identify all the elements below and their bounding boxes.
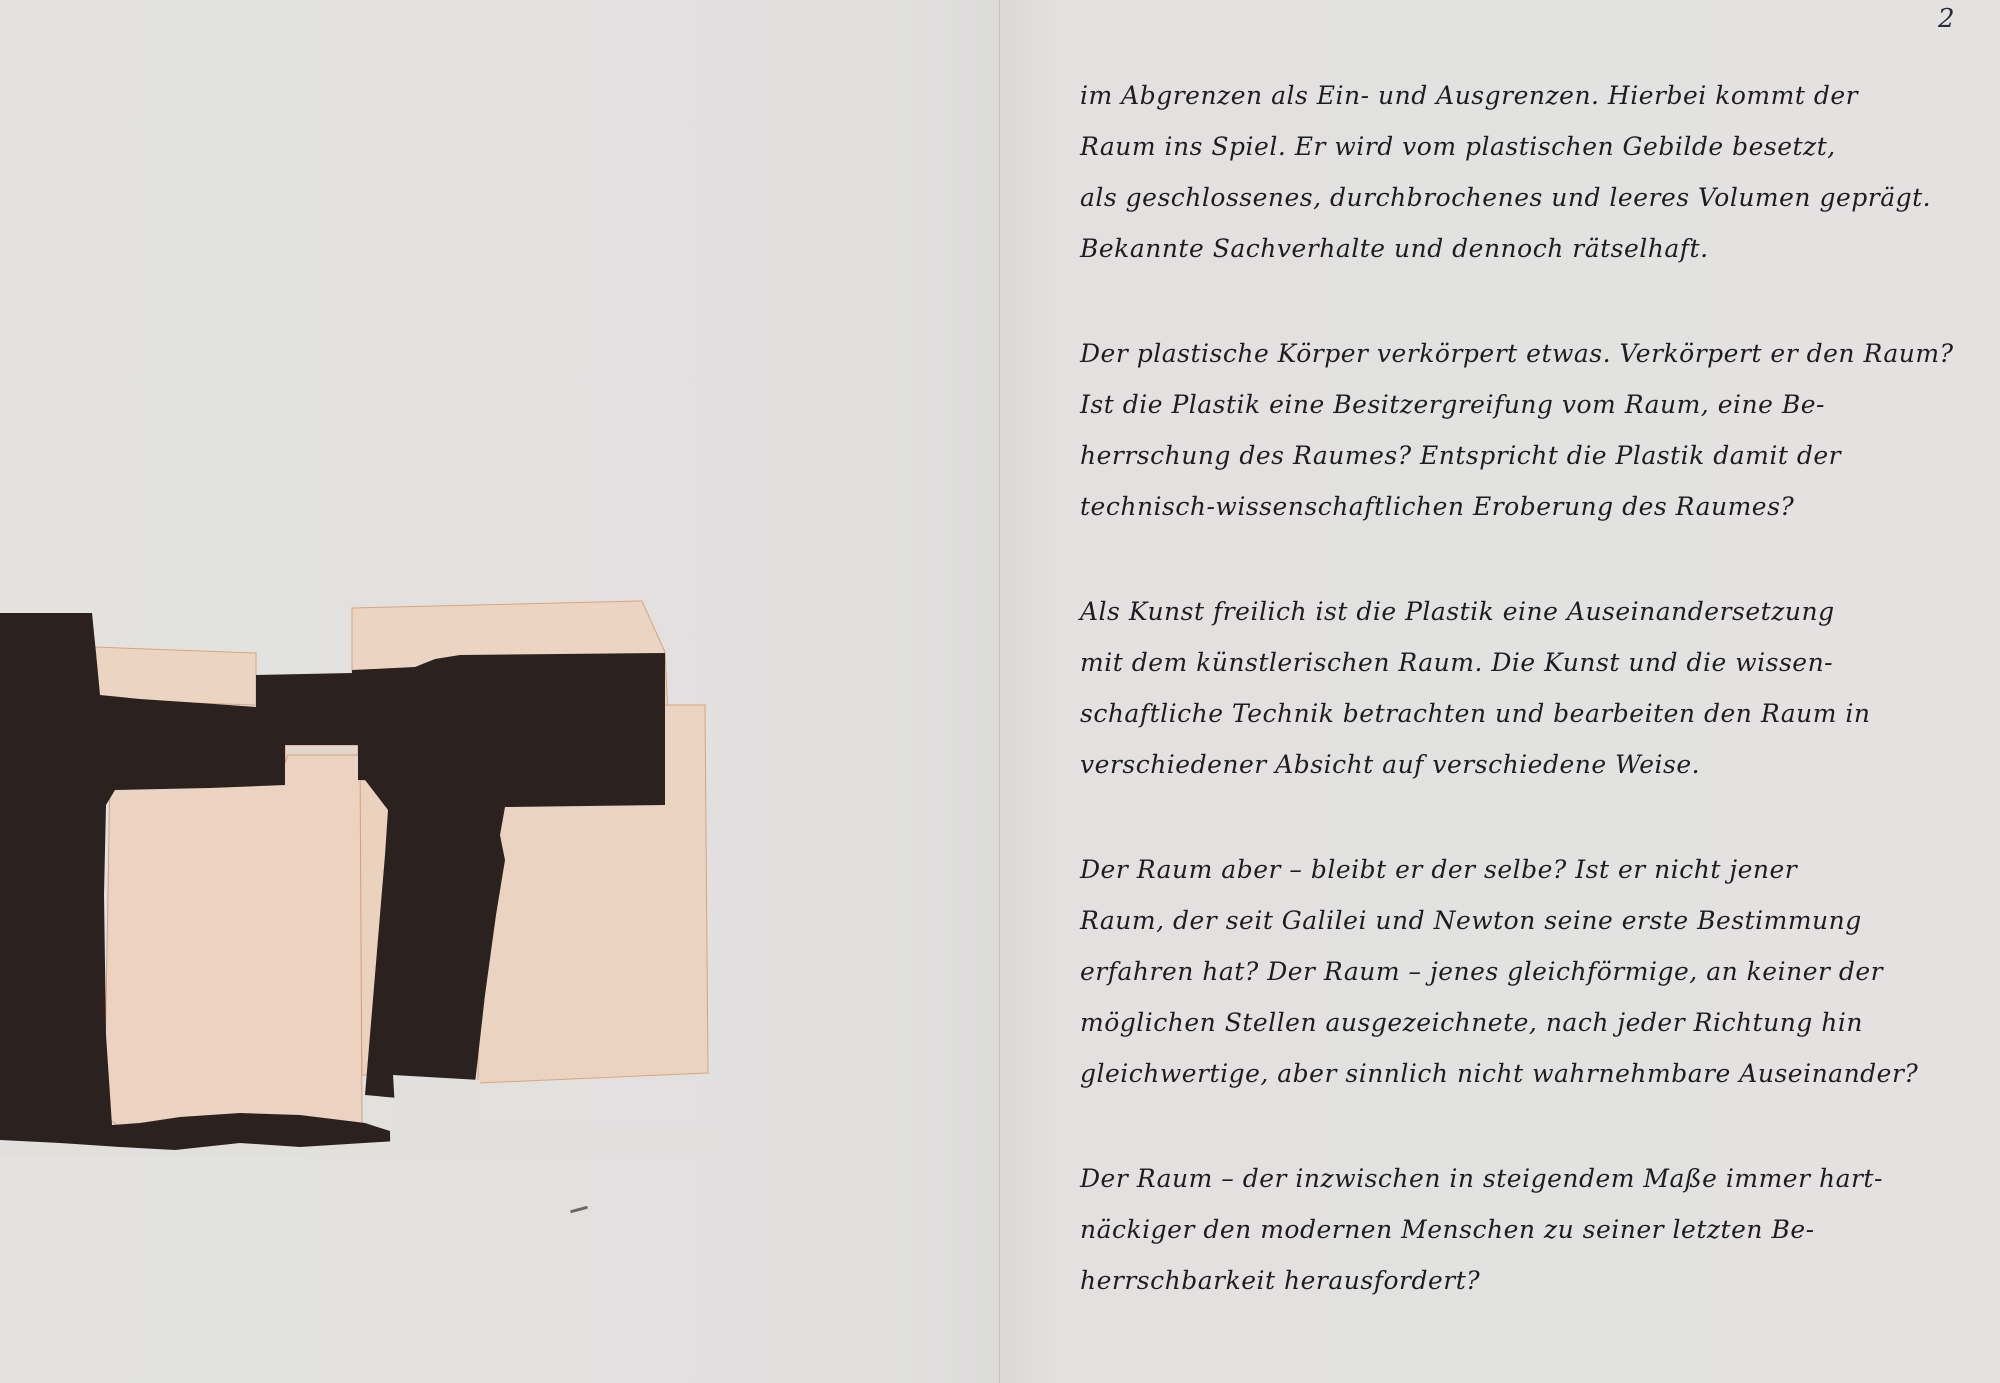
text-line: verschiedener Absicht auf verschiedene W…	[1080, 739, 1960, 790]
paragraph-4: Der Raum aber – bleibt er der selbe? Ist…	[1080, 844, 1960, 1099]
text-line: näckiger den modernen Menschen zu seiner…	[1080, 1204, 1960, 1255]
text-line: möglichen Stellen ausgezeichnete, nach j…	[1080, 997, 1960, 1048]
paragraph-1: im Abgrenzen als Ein- und Ausgrenzen. Hi…	[1080, 70, 1960, 274]
paragraph-2: Der plastische Körper verkörpert etwas. …	[1080, 328, 1960, 532]
text-line: als geschlossenes, durchbrochenes und le…	[1080, 172, 1960, 223]
text-line: Bekannte Sachverhalte und dennoch rätsel…	[1080, 223, 1960, 274]
text-line: im Abgrenzen als Ein- und Ausgrenzen. Hi…	[1080, 70, 1960, 121]
text-line: erfahren hat? Der Raum – jenes gleichför…	[1080, 946, 1960, 997]
text-line: gleichwertige, aber sinnlich nicht wahrn…	[1080, 1048, 1960, 1099]
collage-bottom-gap	[396, 1125, 720, 1155]
text-line: Der Raum aber – bleibt er der selbe? Ist…	[1080, 844, 1960, 895]
beige-paper-piece	[95, 647, 256, 705]
page-number: 2	[1938, 4, 1955, 34]
collage-artwork	[0, 595, 720, 1155]
text-line: Raum, der seit Galilei und Newton seine …	[1080, 895, 1960, 946]
beige-paper-piece	[104, 755, 362, 1135]
text-line: Der plastische Körper verkörpert etwas. …	[1080, 328, 1960, 379]
text-line: mit dem künstlerischen Raum. Die Kunst u…	[1080, 637, 1960, 688]
paragraph-5: Der Raum – der inzwischen in steigendem …	[1080, 1153, 1960, 1306]
handwritten-text: im Abgrenzen als Ein- und Ausgrenzen. Hi…	[1080, 70, 1960, 1360]
text-line: herrschung des Raumes? Entspricht die Pl…	[1080, 430, 1960, 481]
paragraph-3: Als Kunst freilich ist die Plastik eine …	[1080, 586, 1960, 790]
text-line: Der Raum – der inzwischen in steigendem …	[1080, 1153, 1960, 1204]
paper-speck	[570, 1206, 588, 1214]
text-line: technisch-wissenschaftlichen Eroberung d…	[1080, 481, 1960, 532]
text-line: herrschbarkeit herausfordert?	[1080, 1255, 1960, 1306]
text-line: Raum ins Spiel. Er wird vom plastischen …	[1080, 121, 1960, 172]
text-line: schaftliche Technik betrachten und bearb…	[1080, 688, 1960, 739]
left-page	[0, 0, 1000, 1383]
book-spread: 2 im Abgrenzen als Ein- und Ausgrenzen. …	[0, 0, 2000, 1383]
text-line: Ist die Plastik eine Besitzergreifung vo…	[1080, 379, 1960, 430]
text-line: Als Kunst freilich ist die Plastik eine …	[1080, 586, 1960, 637]
